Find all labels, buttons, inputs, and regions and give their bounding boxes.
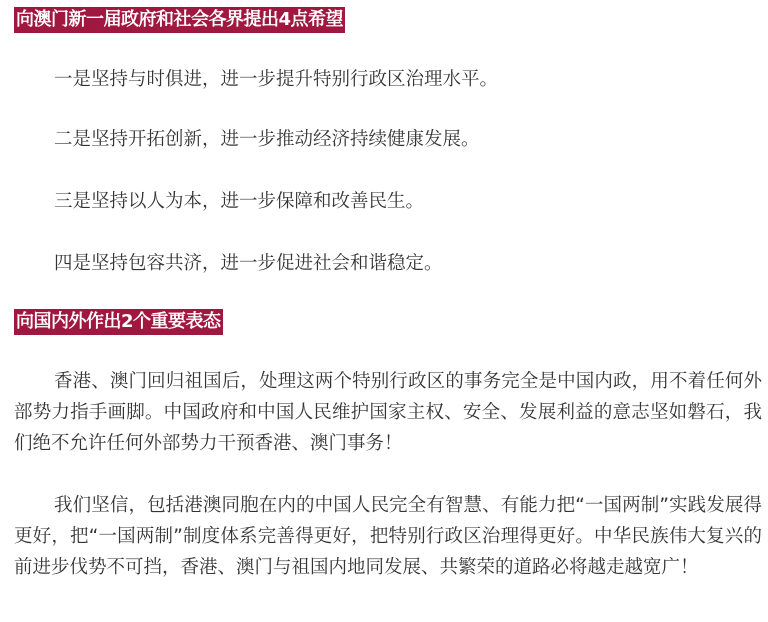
hope-point-4: 四是坚持包容共济，进一步促进社会和谐稳定。 (54, 252, 443, 276)
statement-paragraph-2: 我们坚信，包括港澳同胞在内的中国人民完全有智慧、有能力把“一国两制”实践发展得更… (14, 490, 762, 583)
section-heading-four-hopes: 向澳门新一届政府和社会各界提出4点希望 (14, 7, 345, 33)
hope-point-1: 一是坚持与时俱进，进一步提升特别行政区治理水平。 (54, 68, 498, 92)
hope-point-3: 三是坚持以人为本，进一步保障和改善民生。 (54, 190, 424, 214)
statement-paragraph-1: 香港、澳门回归祖国后，处理这两个特别行政区的事务完全是中国内政，用不着任何外部势… (14, 366, 762, 459)
hope-point-2: 二是坚持开拓创新，进一步推动经济持续健康发展。 (54, 128, 480, 152)
section-heading-two-statements: 向国内外作出2个重要表态 (14, 309, 223, 335)
